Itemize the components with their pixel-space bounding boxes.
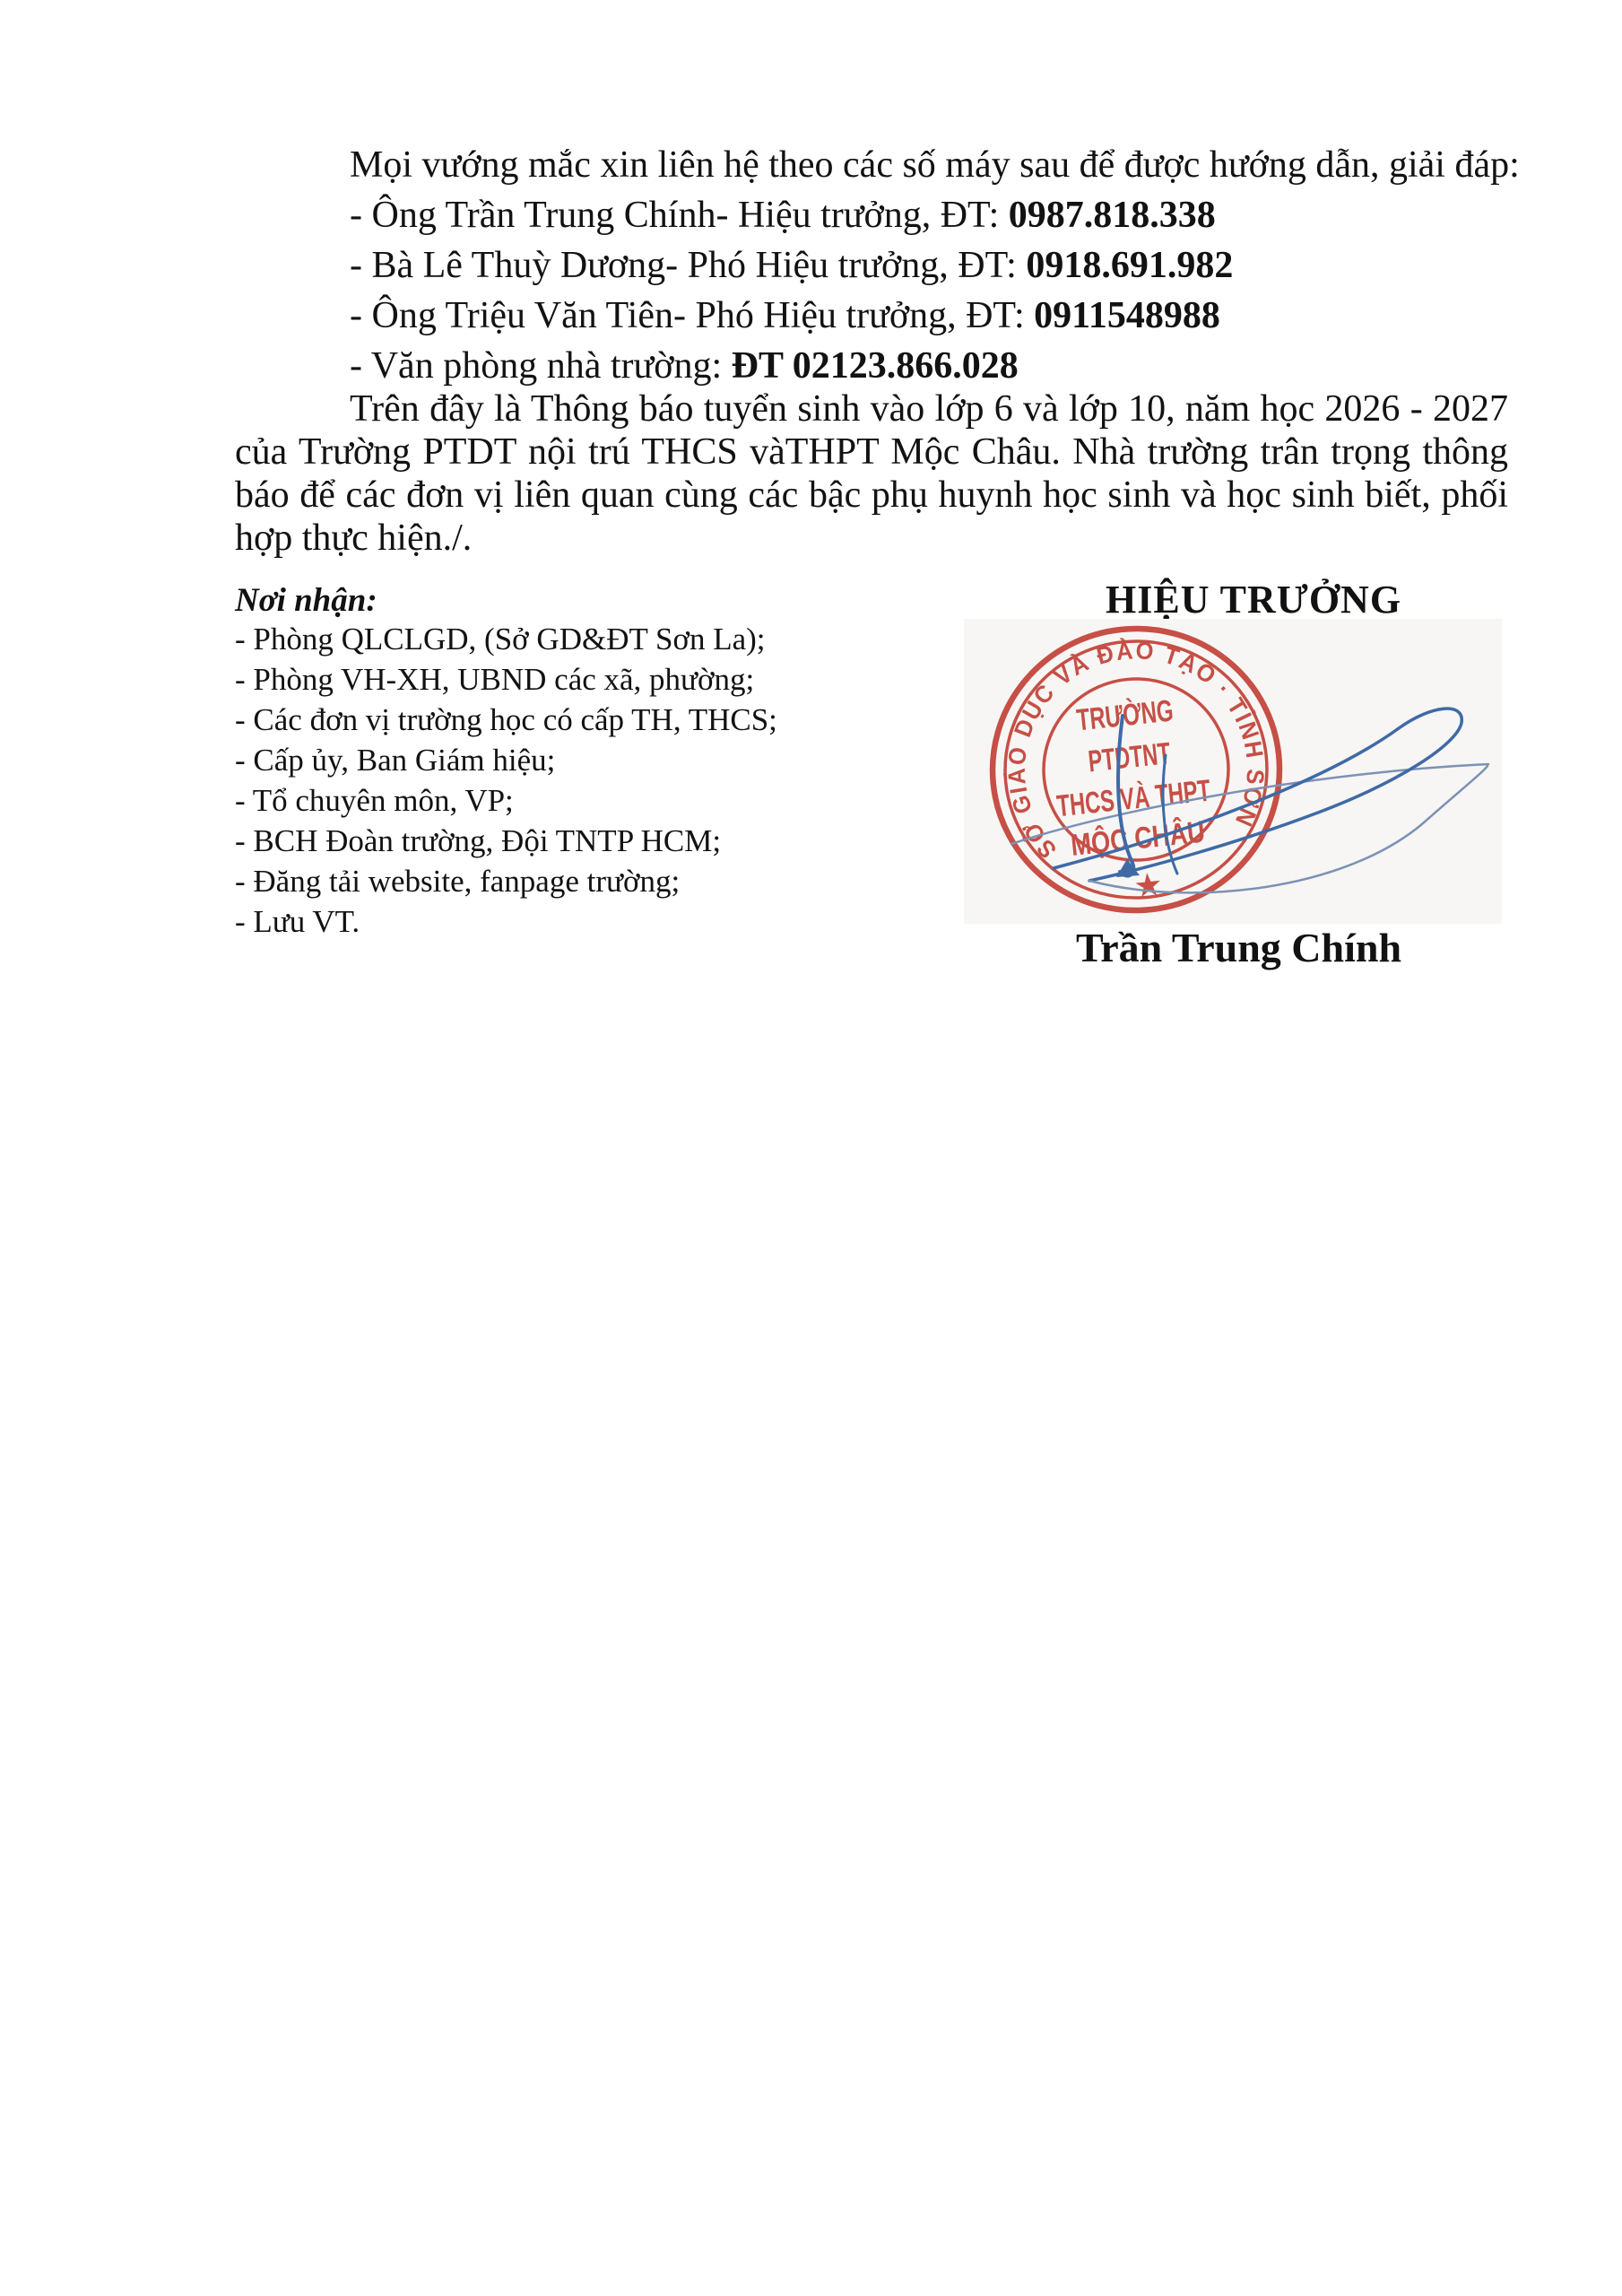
recipient-item: - Phòng QLCLGD, (Sở GD&ĐT Sơn La);	[235, 619, 863, 659]
recipient-item: - Tổ chuyên môn, VP;	[235, 780, 863, 821]
phone-number: 0918.691.982	[1026, 245, 1233, 286]
contact-line-office: - Văn phòng nhà trường: ĐT 02123.866.028	[350, 344, 1019, 387]
recipients-list: - Phòng QLCLGD, (Sở GD&ĐT Sơn La); - Phò…	[235, 619, 863, 942]
contact-text: - Bà Lê Thuỳ Dương- Phó Hiệu trưởng, ĐT:	[350, 245, 1026, 286]
contact-text: - Văn phòng nhà trường:	[350, 345, 732, 387]
recipient-item: - Phòng VH-XH, UBND các xã, phường;	[235, 659, 863, 700]
phone-number: 0911548988	[1034, 295, 1220, 336]
contact-intro: Mọi vướng mắc xin liên hệ theo các số má…	[350, 143, 1520, 187]
contact-line-vice-principal-1: - Bà Lê Thuỳ Dương- Phó Hiệu trưởng, ĐT:…	[350, 244, 1233, 287]
signature-ink-icon	[964, 619, 1502, 924]
recipient-item: - BCH Đoàn trường, Đội TNTP HCM;	[235, 821, 863, 861]
signer-name: Trần Trung Chính	[1076, 924, 1401, 971]
phone-number: 0987.818.338	[1009, 195, 1216, 236]
phone-number: ĐT 02123.866.028	[732, 345, 1019, 387]
recipient-item: - Các đơn vị trường học có cấp TH, THCS;	[235, 700, 863, 740]
contact-text: - Ông Trần Trung Chính- Hiệu trưởng, ĐT:	[350, 195, 1009, 236]
contact-line-principal: - Ông Trần Trung Chính- Hiệu trưởng, ĐT:…	[350, 194, 1216, 237]
stamp-scan-area: SỞ GIÁO DỤC VÀ ĐÀO TẠO · TỈNH SƠN LA ★ T…	[964, 619, 1502, 924]
closing-paragraph: Trên đây là Thông báo tuyển sinh vào lớp…	[235, 387, 1508, 560]
contact-line-vice-principal-2: - Ông Triệu Văn Tiên- Phó Hiệu trưởng, Đ…	[350, 294, 1220, 337]
recipient-item: - Cấp ủy, Ban Giám hiệu;	[235, 740, 863, 780]
contact-text: - Ông Triệu Văn Tiên- Phó Hiệu trưởng, Đ…	[350, 295, 1034, 336]
recipient-item: - Đăng tải website, fanpage trường;	[235, 861, 863, 901]
recipients-heading: Nơi nhận:	[235, 581, 377, 620]
document-page: Mọi vướng mắc xin liên hệ theo các số má…	[0, 0, 1622, 2296]
recipient-item: - Lưu VT.	[235, 901, 863, 942]
